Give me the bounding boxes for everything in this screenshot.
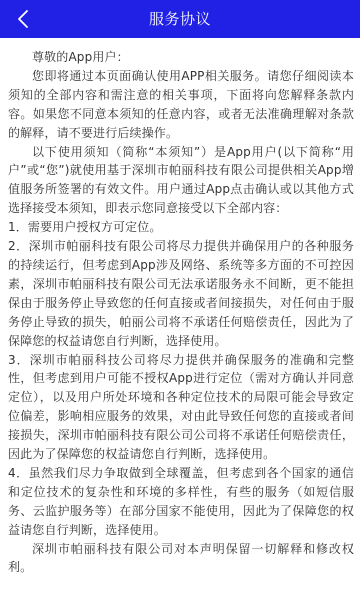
header-bar: 服务协议 [0,0,360,38]
page-title: 服务协议 [0,0,360,38]
list-item: 4．虽然我们尽力争取做到全球覆盖，但考虑到各个国家的通信和定位技术的复杂性和环境… [8,464,354,540]
greeting: 尊敬的App用户： [8,48,354,67]
paragraph-intro: 您即将通过本页面确认使用APP相关服务。请您仔细阅读本须知的全部内容和需注意的相… [8,67,354,143]
agreement-content: 尊敬的App用户： 您即将通过本页面确认使用APP相关服务。请您仔细阅读本须知的… [8,48,354,577]
closing-statement: 深圳市帕丽科技有限公司对本声明保留一切解释和修改权利。 [8,540,354,578]
list-item: 2．深圳市帕丽科技有限公司将尽力提供并确保用户的各种服务的持续运行，但考虑到Ap… [8,237,354,350]
paragraph-definition: 以下使用须知（简称“本须知”）是App用户(以下简称“用户”或“您”)就使用基于… [8,143,354,219]
list-item: 1．需要用户授权方可定位。 [8,218,354,237]
list-item: 3．深圳市帕丽科技公司将尽力提供并确保服务的准确和完整性，但考虑到用户可能不授权… [8,351,354,464]
